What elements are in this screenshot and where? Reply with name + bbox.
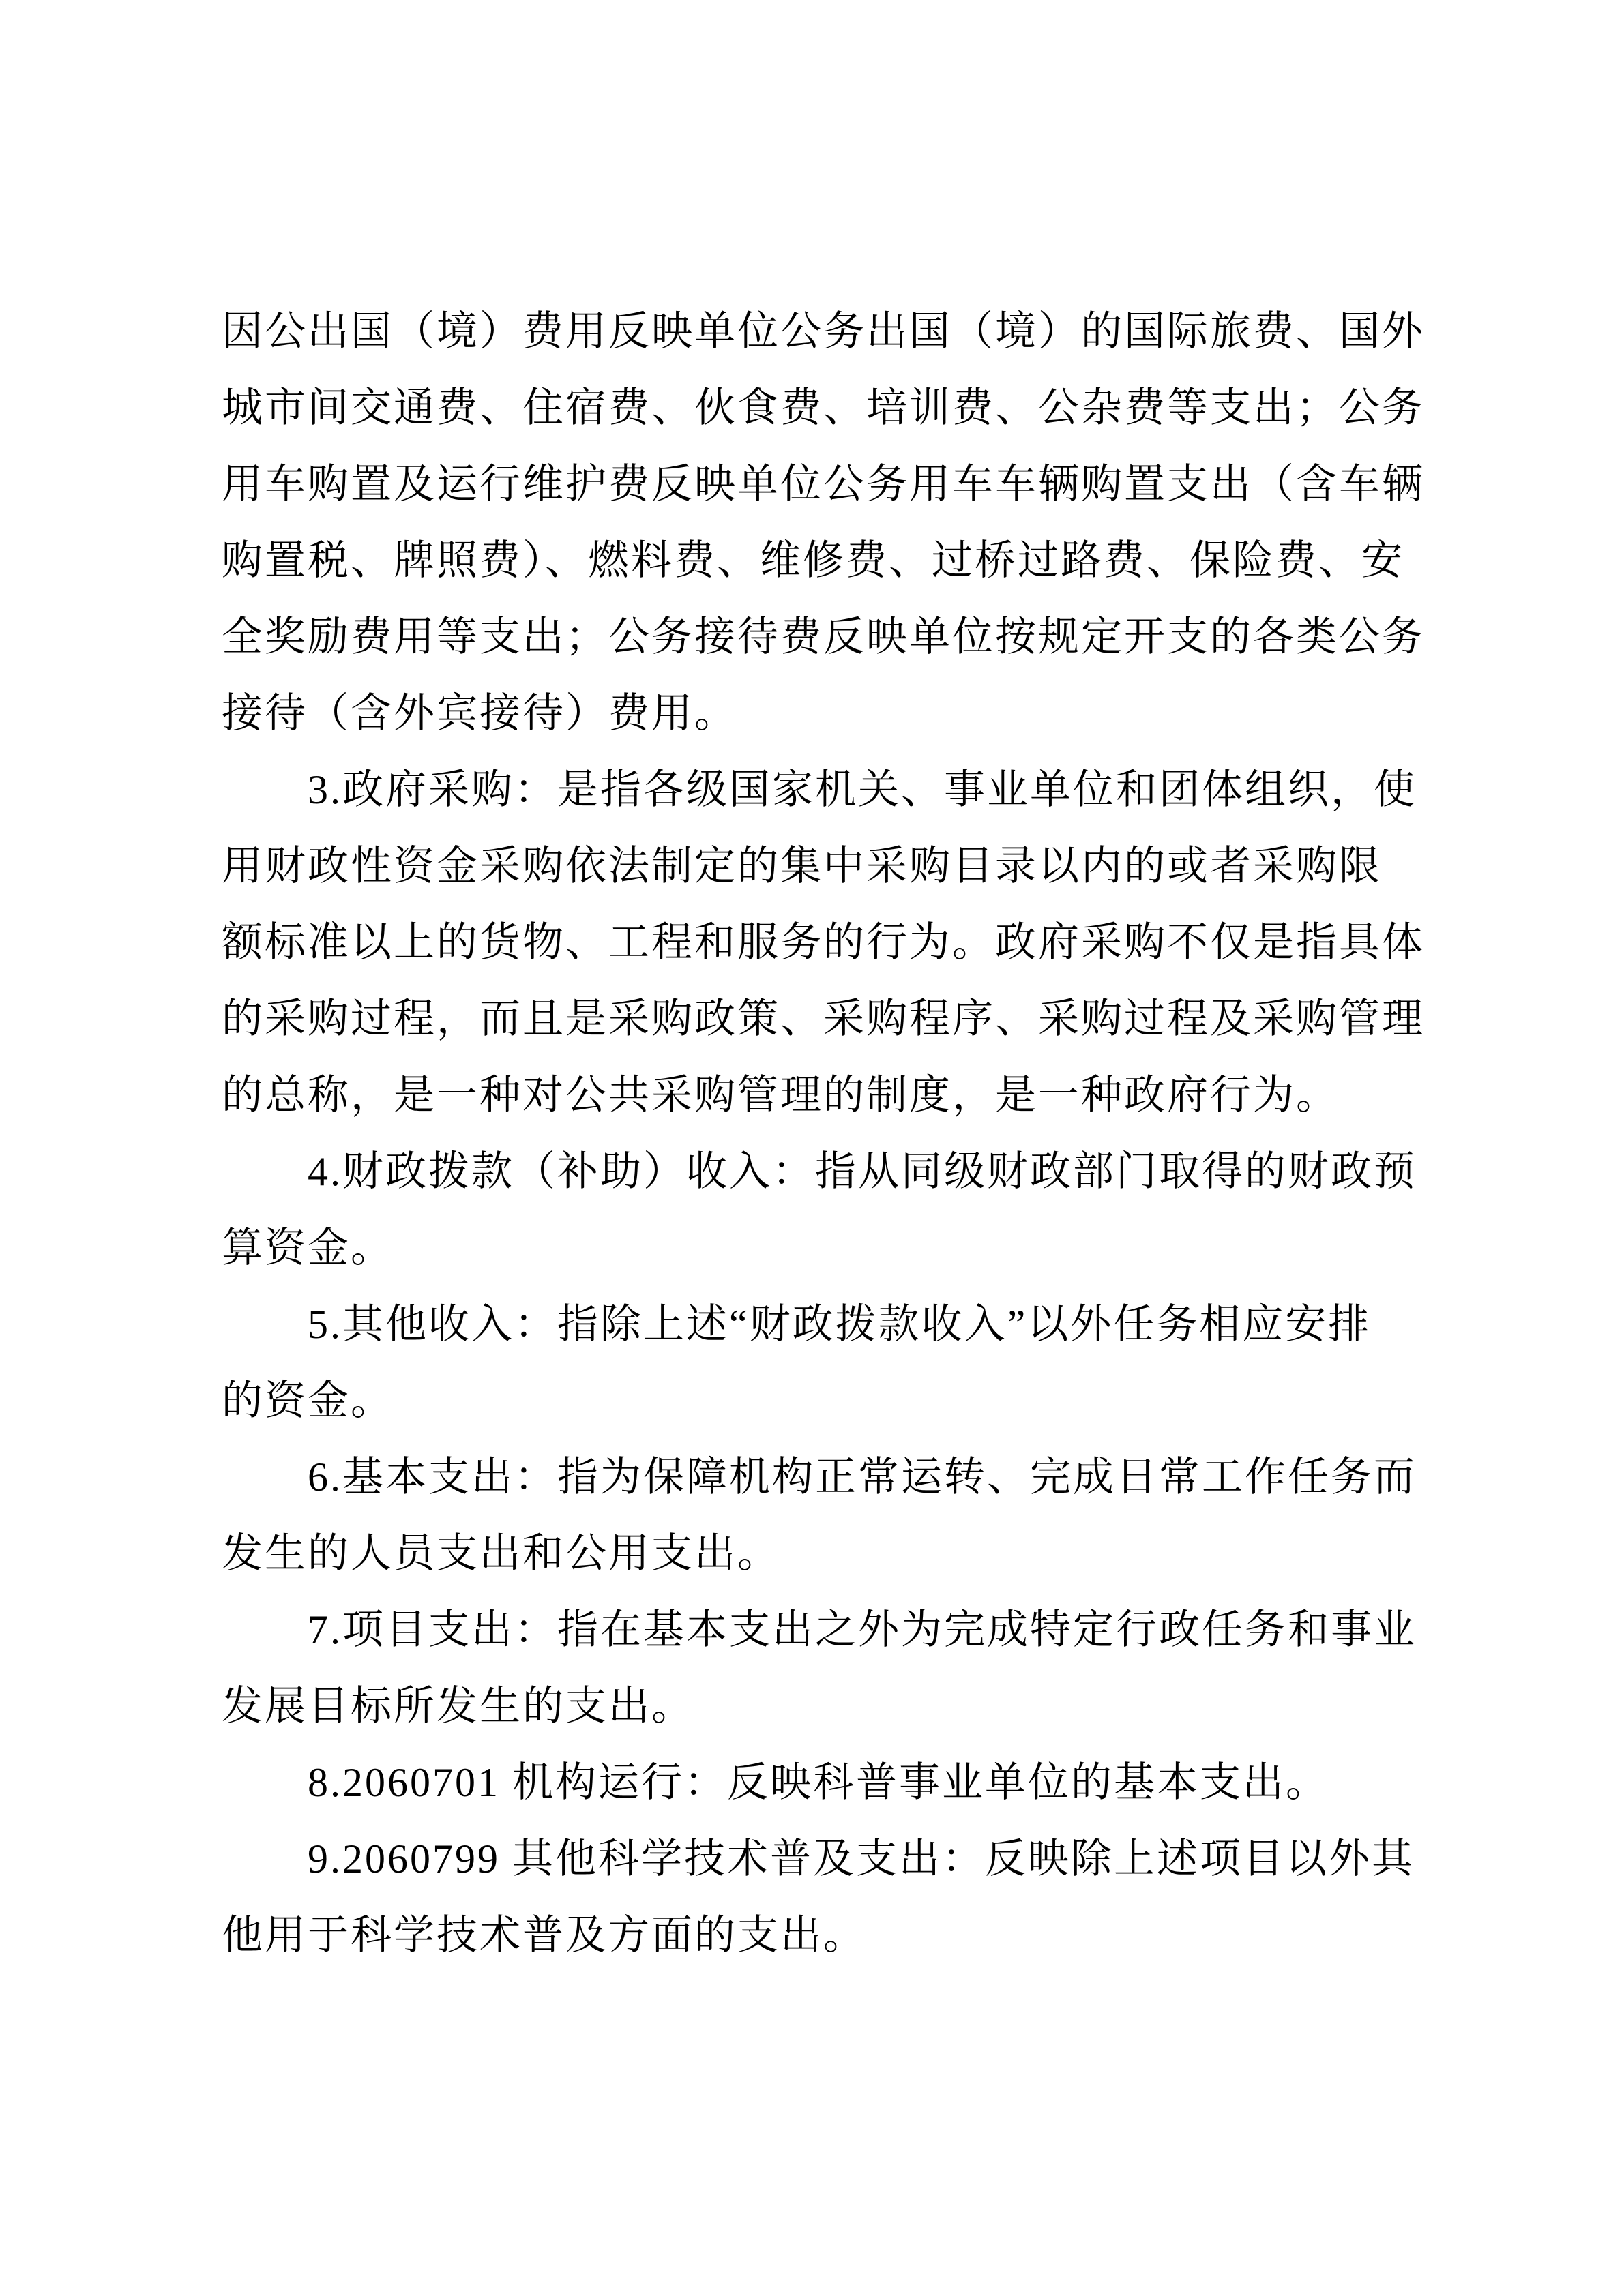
- text-line: 发展目标所发生的支出。: [222, 1668, 1423, 1744]
- document-page: 因公出国（境）费用反映单位公务出国（境）的国际旅费、国外 城市间交通费、住宿费、…: [0, 0, 1624, 2296]
- text-line: 因公出国（境）费用反映单位公务出国（境）的国际旅费、国外: [222, 293, 1423, 370]
- text-line: 购置税、牌照费）、燃料费、维修费、过桥过路费、保险费、安: [222, 522, 1423, 599]
- text-line: 额标准以上的货物、工程和服务的行为。政府采购不仅是指具体: [222, 904, 1423, 981]
- text-line: 的总称，是一种对公共采购管理的制度，是一种政府行为。: [222, 1057, 1423, 1133]
- text-line-item-3-government-procurement: 3.政府采购：是指各级国家机关、事业单位和团体组织，使: [222, 751, 1423, 828]
- text-line-item-4-fiscal-appropriation-income: 4.财政拨款（补助）收入：指从同级财政部门取得的财政预: [222, 1133, 1423, 1210]
- text-line-item-7-project-expenditure: 7.项目支出：指在基本支出之外为完成特定行政任务和事业: [222, 1592, 1423, 1668]
- text-line: 算资金。: [222, 1210, 1423, 1286]
- text-line: 他用于科学技术普及方面的支出。: [222, 1897, 1423, 1973]
- text-line-item-5-other-income: 5.其他收入：指除上述“财政拨款收入”以外任务相应安排: [222, 1286, 1423, 1362]
- text-line: 接待（含外宾接待）费用。: [222, 675, 1423, 751]
- text-line-item-8-2060701-institution-operation: 8.2060701 机构运行：反映科普事业单位的基本支出。: [222, 1744, 1423, 1821]
- text-line: 用车购置及运行维护费反映单位公务用车车辆购置支出（含车辆: [222, 446, 1423, 522]
- text-line-item-6-basic-expenditure: 6.基本支出：指为保障机构正常运转、完成日常工作任务而: [222, 1439, 1423, 1515]
- text-line: 城市间交通费、住宿费、伙食费、培训费、公杂费等支出；公务: [222, 370, 1423, 446]
- text-line: 的资金。: [222, 1362, 1423, 1439]
- document-text-block: 因公出国（境）费用反映单位公务出国（境）的国际旅费、国外 城市间交通费、住宿费、…: [222, 293, 1423, 1973]
- text-line: 的采购过程，而且是采购政策、采购程序、采购过程及采购管理: [222, 981, 1423, 1057]
- text-line: 全奖励费用等支出；公务接待费反映单位按规定开支的各类公务: [222, 599, 1423, 675]
- text-line: 用财政性资金采购依法制定的集中采购目录以内的或者采购限: [222, 828, 1423, 904]
- text-line: 发生的人员支出和公用支出。: [222, 1515, 1423, 1592]
- text-line-item-9-2060799-other-science-popularization: 9.2060799 其他科学技术普及支出：反映除上述项目以外其: [222, 1821, 1423, 1897]
